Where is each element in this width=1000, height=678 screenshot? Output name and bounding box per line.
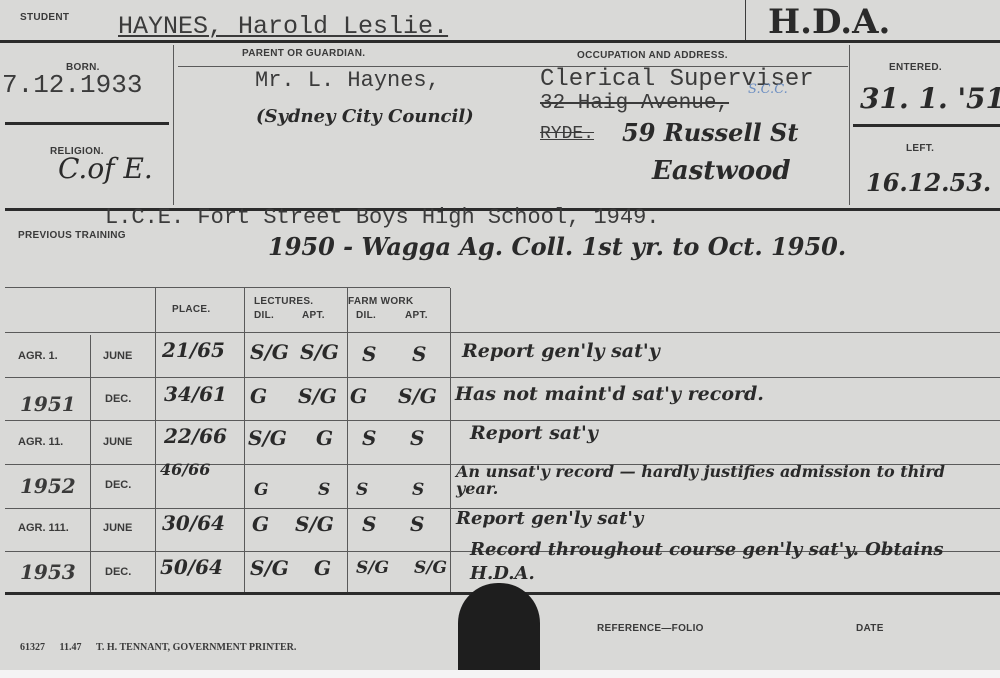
occupation-correction: S.C.C. (748, 82, 788, 97)
row-3-lec-apt: G (316, 426, 333, 450)
lectures-apt-header: APT. (302, 310, 325, 321)
row-1-lec-apt: S/G (300, 340, 339, 364)
row-5-farm-dil: S (362, 512, 376, 536)
col-divider-remarks (450, 288, 451, 593)
entered-date: 31. 1. '51 (860, 82, 1000, 115)
row-5-farm-apt: S (410, 512, 424, 536)
dates-column-divider (849, 45, 850, 205)
table-top-rule (5, 287, 450, 288)
row-5-term: JUNE (103, 522, 132, 534)
row-2-lec-dil: G (250, 384, 267, 408)
row-1-place: 21/65 (162, 338, 225, 362)
row-1-lec-dil: S/G (250, 340, 289, 364)
row-5-remark: Report gen'ly sat'y (456, 508, 643, 529)
row-4-year: 1952 (20, 474, 76, 498)
row-5-year: AGR. 111. (18, 522, 69, 534)
row-3-remark: Report sat'y (470, 422, 598, 444)
row-4-farm-apt: S (412, 480, 424, 500)
row-6-term: DEC. (105, 566, 131, 578)
previous-training-label: PREVIOUS TRAINING (18, 230, 126, 241)
lectures-dil-header: DIL. (254, 310, 274, 321)
row-2-farm-dil: G (350, 384, 367, 408)
left-label: LEFT. (906, 143, 934, 154)
row-4-place: 46/66 (160, 460, 210, 479)
row-2-lec-apt: S/G (298, 384, 337, 408)
student-name: HAYNES, Harold Leslie. (118, 12, 448, 41)
place-header: PLACE. (172, 304, 210, 315)
previous-training-line-1: L.C.E. Fort Street Boys High School, 194… (105, 205, 660, 230)
farm-apt-header: APT. (405, 310, 428, 321)
reference-folio-label: REFERENCE—FOLIO (597, 623, 704, 634)
row-6-place: 50/64 (160, 555, 223, 579)
student-label: STUDENT (20, 12, 69, 23)
row-3-farm-dil: S (362, 426, 376, 450)
row-1-remark: Report gen'ly sat'y (462, 340, 660, 362)
header-rule (0, 40, 1000, 43)
farm-work-header: FARM WORK (348, 296, 413, 307)
row-1-farm-apt: S (412, 342, 426, 366)
born-rule (5, 122, 169, 125)
row-2-farm-apt: S/G (398, 384, 437, 408)
row-2-remark: Has not maint'd sat'y record. (455, 383, 764, 405)
row-5-place: 30/64 (162, 511, 225, 535)
farm-dil-header: DIL. (356, 310, 376, 321)
row-2-place: 34/61 (164, 382, 227, 406)
row-rule-1 (5, 332, 1000, 333)
col-divider-farm (347, 288, 348, 593)
row-5-lec-dil: G (252, 512, 269, 536)
row-3-lec-dil: S/G (248, 426, 287, 450)
row-5-lec-apt: S/G (295, 512, 334, 536)
row-3-farm-apt: S (410, 426, 424, 450)
previous-training-line-2: 1950 - Wagga Ag. Coll. 1st yr. to Oct. 1… (268, 232, 846, 261)
row-6-lec-dil: S/G (250, 556, 289, 580)
row-4-farm-dil: S (356, 480, 368, 500)
row-4-lec-apt: S (318, 480, 330, 500)
row-4-lec-dil: G (254, 480, 269, 500)
row-6-farm-apt: S/G (414, 558, 447, 578)
row-2-term: DEC. (105, 393, 131, 405)
diploma-awarded: H.D.A. (768, 2, 890, 42)
row-1-farm-dil: S (362, 342, 376, 366)
new-address-line-1: 59 Russell St (622, 118, 798, 147)
parent-label: PARENT OR GUARDIAN. (242, 48, 365, 59)
row-2-year: 1951 (20, 392, 76, 416)
printer-name: T. H. TENNANT, GOVERNMENT PRINTER. (96, 642, 296, 653)
row-3-year: AGR. 11. (18, 436, 63, 448)
entered-rule (853, 124, 1000, 127)
scan-border (0, 670, 1000, 678)
row-6-farm-dil: S/G (356, 558, 389, 578)
date-label: DATE (856, 623, 884, 634)
row-6-remark: Record throughout course gen'ly sat'y. O… (470, 538, 995, 586)
printer-imprint: 61327 11.47 T. H. TENNANT, GOVERNMENT PR… (20, 642, 296, 653)
entered-label: ENTERED. (889, 62, 942, 73)
header-divider (745, 0, 746, 40)
lectures-header: LECTURES. (254, 296, 313, 307)
student-record-card: STUDENT HAYNES, Harold Leslie. H.D.A. BO… (0, 0, 1000, 678)
row-4-term: DEC. (105, 479, 131, 491)
parent-name: Mr. L. Haynes, (255, 68, 440, 93)
born-date: 7.12.1933 (2, 70, 142, 100)
row-6-lec-apt: G (314, 556, 331, 580)
row-1-term: JUNE (103, 350, 132, 362)
parent-employer-note: (Sydney City Council) (256, 106, 474, 127)
col-divider-lectures (244, 288, 245, 593)
col-divider-place (155, 288, 156, 593)
row-3-term: JUNE (103, 436, 132, 448)
row-1-year: AGR. 1. (18, 350, 58, 362)
row-4-remark: An unsat'y record — hardly justifies adm… (456, 463, 976, 497)
religion-value: C.of E. (58, 152, 153, 185)
old-address-line-1: 32 Haig Avenue, (540, 92, 729, 115)
row-6-year: 1953 (20, 560, 76, 584)
form-number: 61327 (20, 642, 45, 653)
old-address-line-2: RYDE. (540, 124, 594, 144)
left-date: 16.12.53. (866, 168, 991, 197)
print-date: 11.47 (60, 642, 82, 653)
row-rule-3 (5, 420, 1000, 421)
born-column-divider (173, 45, 174, 205)
row-rule-2 (5, 377, 1000, 378)
row-3-place: 22/66 (164, 424, 227, 448)
new-address-line-2: Eastwood (652, 156, 791, 186)
occupation-label: OCCUPATION AND ADDRESS. (577, 50, 728, 61)
